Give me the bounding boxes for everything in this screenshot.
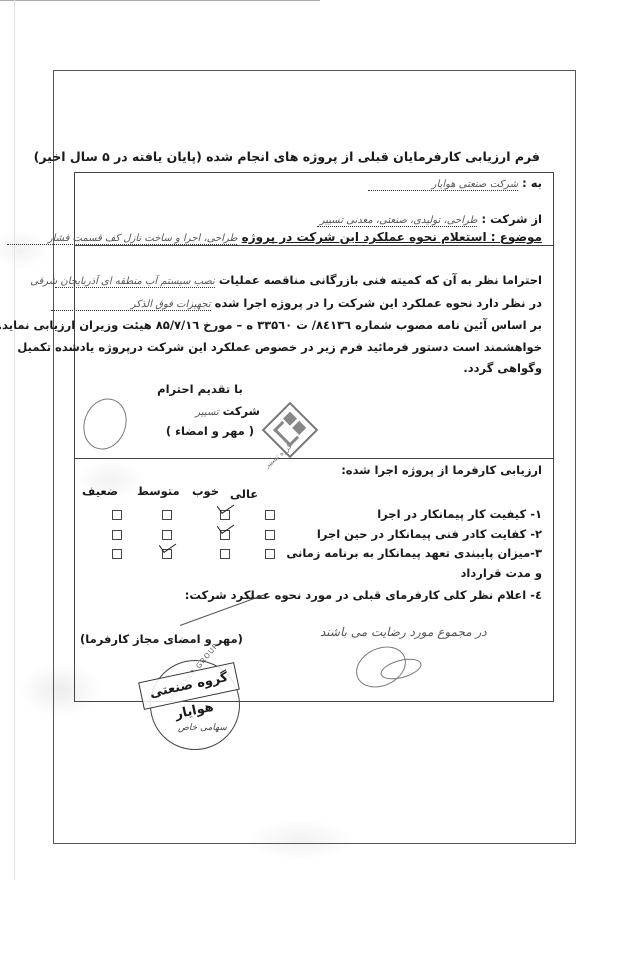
company-label: شرکت bbox=[223, 404, 260, 418]
column-excellent: عالی bbox=[230, 487, 258, 501]
body-text: احتراما نظر به آن که کمیته فنی بازرگانی … bbox=[219, 273, 542, 287]
project-value: تجهیزات فوق الذکر bbox=[51, 299, 211, 311]
subject-field: موضوع : استعلام نحوه عملکرد این شرکت در … bbox=[7, 230, 542, 245]
criterion-3-checkbox-col3[interactable] bbox=[162, 549, 172, 559]
body-line-3: بر اساس آئین نامه مصوب شماره ۸٤۱۳٦/ ت ۳۳… bbox=[0, 318, 542, 332]
criterion-1-label: ۱- کیفیت کار پیمانکار در اجرا bbox=[377, 507, 542, 521]
seal-sign-label: ( مهر و امضاء ) bbox=[160, 424, 260, 438]
criterion-1-checkbox-col4[interactable] bbox=[112, 510, 122, 520]
to-field: به : شرکت صنعتی هوایار bbox=[368, 176, 542, 191]
from-value: طراحی، تولیدی، صنعتی، معدنی تسییر bbox=[317, 215, 477, 227]
closing-regards: با تقدیم احترام bbox=[150, 382, 250, 396]
to-value: شرکت صنعتی هوایار bbox=[368, 179, 518, 191]
column-weak: ضعیف bbox=[82, 484, 118, 498]
closing-company: شرکت تسییر bbox=[120, 404, 260, 418]
from-field: از شرکت : طراحی، تولیدی، صنعتی، معدنی تس… bbox=[317, 212, 542, 227]
criterion-1-checkbox-col3[interactable] bbox=[162, 510, 172, 520]
criterion-2-checkbox-col2[interactable] bbox=[220, 530, 230, 540]
subject-value: طراحی، اجرا و ساخت نازل کف قسمت فشار bbox=[7, 233, 237, 245]
evaluation-heading: ارزیابی کارفرما از پروژه اجرا شده: bbox=[341, 463, 542, 477]
criterion-3-checkbox-col4[interactable] bbox=[112, 549, 122, 559]
subject-label: موضوع : استعلام نحوه عملکرد این شرکت در … bbox=[242, 230, 542, 244]
employer-sign-label: (مهر و امضای مجاز کارفرما) bbox=[80, 632, 243, 646]
stamp-bottom-text: سهامی خاص bbox=[178, 723, 227, 733]
criterion-3-checkbox-col2[interactable] bbox=[220, 549, 230, 559]
body-line-4: خواهشمند است دستور فرمائید فرم زیر در خص… bbox=[17, 340, 542, 354]
criterion-3-label: ۳-میزان پایبندی تعهد پیمانکار به برنامه … bbox=[286, 546, 542, 560]
criterion-2-checkbox-col4[interactable] bbox=[112, 530, 122, 540]
to-label: به : bbox=[522, 176, 542, 190]
criterion-2-checkbox-col1[interactable] bbox=[265, 530, 275, 540]
criterion-3-label-cont: و مدت قرارداد bbox=[461, 566, 542, 580]
form-box bbox=[74, 172, 554, 702]
divider bbox=[74, 245, 554, 246]
criterion-3-checkbox-col1[interactable] bbox=[265, 549, 275, 559]
criterion-1-checkbox-col1[interactable] bbox=[265, 510, 275, 520]
form-title: فرم ارزیابی کارفرمایان قبلی از پروژه های… bbox=[110, 149, 540, 164]
scan-edge-line bbox=[14, 0, 15, 880]
criterion-2-label: ۲- کفایت کادر فنی پیمانکار در حین اجرا bbox=[317, 527, 542, 541]
body-line-1: احتراما نظر به آن که کمیته فنی بازرگانی … bbox=[55, 273, 542, 288]
scan-edge-line bbox=[0, 0, 320, 1]
body-text: در نظر دارد نحوه عملکرد این شرکت را در پ… bbox=[215, 296, 542, 310]
company-value: تسییر bbox=[195, 407, 218, 418]
overall-opinion-value: در مجموع مورد رضایت می باشند bbox=[320, 625, 487, 639]
body-line-5: وگواهی گردد. bbox=[463, 361, 542, 375]
body-line-2: در نظر دارد نحوه عملکرد این شرکت را در پ… bbox=[51, 296, 542, 311]
column-good: خوب bbox=[192, 484, 219, 498]
operation-value: نصب سیستم آب منطقه ای آذربایجان شرقی bbox=[55, 276, 215, 288]
divider bbox=[74, 458, 554, 459]
overall-opinion-label: ٤- اعلام نظر کلی کارفرمای قبلی در مورد ن… bbox=[185, 588, 542, 602]
from-label: از شرکت : bbox=[482, 212, 543, 226]
column-average: متوسط bbox=[137, 484, 180, 498]
